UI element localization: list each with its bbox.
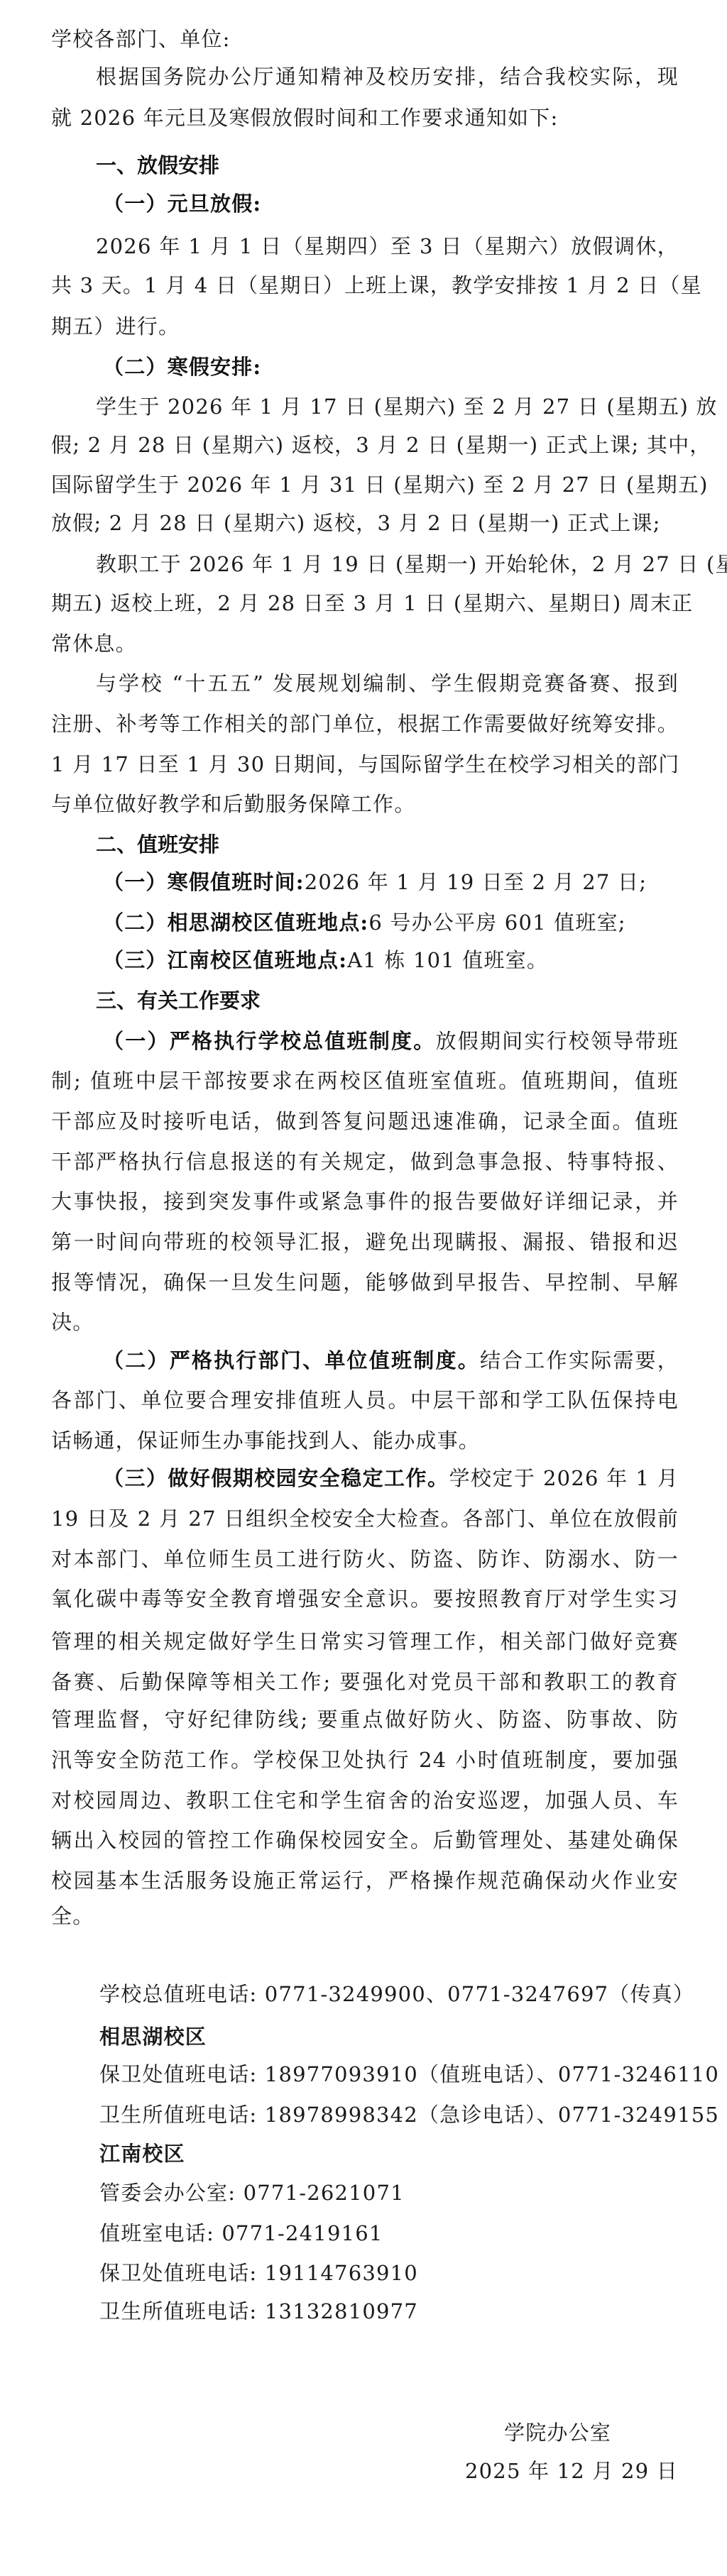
contact-line: 卫生所值班电话: 13132810977 (99, 2297, 418, 2325)
paragraph-line: 氧化碳中毒等安全教育增强安全意识。要按照教育厅对学生实习 (51, 1585, 679, 1613)
paragraph-line: 对本部门、单位师生员工进行防火、防盗、防诈、防溺水、防一 (51, 1545, 679, 1573)
paragraph-line: 辆出入校园的管控工作确保校园安全。后勤管理处、基建处确保 (51, 1826, 679, 1854)
paragraph-line: 决。 (51, 1308, 679, 1336)
paragraph-line: 制; 值班中层干部按要求在两校区值班室值班。值班期间，值班 (51, 1067, 679, 1095)
requirement-text: 结合工作实际需要， (480, 1348, 679, 1372)
paragraph-line: 备赛、后勤保障等相关工作; 要强化对党员干部和教职工的教育 (51, 1668, 679, 1696)
contact-line: 保卫处值班电话: 19114763910 (99, 2259, 418, 2287)
intro-line: 就 2026 年元旦及寒假放假时间和工作要求通知如下: (51, 104, 679, 132)
duty-item-label: （二）相思湖校区值班地点: (103, 910, 368, 935)
duty-item: （二）相思湖校区值班地点:6 号办公平房 601 值班室; (103, 908, 626, 937)
paragraph-line: 管理监督，守好纪律防线; 要重点做好防火、防盗、防事故、防 (51, 1705, 679, 1734)
salutation: 学校各部门、单位: (51, 25, 679, 53)
requirement-text: 学校定于 2026 年 1 月 (449, 1466, 679, 1490)
paragraph-line: 教职工于 2026 年 1 月 19 日 (星期一) 开始轮休，2 月 27 日… (96, 550, 679, 578)
paragraph-line: 话畅通，保证师生办事能找到人、能办成事。 (51, 1426, 679, 1455)
paragraph-line: 常休息。 (51, 629, 679, 658)
duty-item-value: 6 号办公平房 601 值班室; (368, 910, 625, 935)
requirement-text: 放假期间实行校领导带班 (435, 1029, 679, 1053)
paragraph-line: 期五）进行。 (51, 312, 679, 341)
paragraph-line: 汛等安全防范工作。学校保卫处执行 24 小时值班制度，要加强 (51, 1746, 679, 1774)
campus-heading: 江南校区 (99, 2140, 185, 2168)
duty-item-value: A1 栋 101 值班室。 (347, 948, 548, 972)
paragraph-line: 19 日及 2 月 27 日组织全校安全大检查。各部门、单位在放假前 (51, 1504, 679, 1533)
duty-item-value: 2026 年 1 月 19 日至 2 月 27 日; (305, 870, 647, 894)
paragraph-line: 对校园周边、教职工住宅和学生宿舍的治安巡逻，加强人员、车 (51, 1786, 679, 1815)
paragraph-line: 校园基本生活服务设施正常运行，严格操作规范确保动火作业安 (51, 1866, 679, 1895)
duty-item: （三）江南校区值班地点:A1 栋 101 值班室。 (103, 946, 548, 974)
paragraph-line: 各部门、单位要合理安排值班人员。中层干部和学工队伍保持电 (51, 1386, 679, 1414)
paragraph-line: 全。 (51, 1902, 679, 1930)
paragraph-line: 学生于 2026 年 1 月 17 日 (星期六) 至 2 月 27 日 (星期… (96, 392, 679, 421)
paragraph-line: 假; 2 月 28 日 (星期六) 返校，3 月 2 日 (星期一) 正式上课;… (51, 431, 679, 459)
paragraph-line: 放假; 2 月 28 日 (星期六) 返校，3 月 2 日 (星期一) 正式上课… (51, 509, 679, 537)
main-duty-phone: 学校总值班电话: 0771-3249900、0771-3247697（传真） (99, 1980, 694, 2008)
subsection-heading: （一）元旦放假: (103, 189, 727, 218)
requirement-first-line: （二）严格执行部门、单位值班制度。结合工作实际需要， (103, 1346, 679, 1375)
contact-line: 管委会办公室: 0771-2621071 (99, 2179, 405, 2207)
duty-item: （一）寒假值班时间:2026 年 1 月 19 日至 2 月 27 日; (103, 868, 647, 896)
paragraph-line: 与学校 “十五五” 发展规划编制、学生假期竞赛备赛、报到 (96, 669, 679, 698)
campus-heading: 相思湖校区 (99, 2022, 207, 2051)
section-heading: 三、有关工作要求 (96, 986, 723, 1015)
paragraph-line: 报等情况，确保一旦发生问题，能够做到早报告、早控制、早解 (51, 1268, 679, 1297)
contact-line: 值班室电话: 0771-2419161 (99, 2219, 383, 2247)
duty-item-label: （一）寒假值班时间: (103, 870, 305, 894)
paragraph-line: 2026 年 1 月 1 日（星期四）至 3 日（星期六）放假调休， (96, 232, 679, 260)
duty-item-label: （三）江南校区值班地点: (103, 948, 347, 972)
requirement-first-line: （三）做好假期校园安全稳定工作。学校定于 2026 年 1 月 (103, 1464, 679, 1492)
paragraph-line: 国际留学生于 2026 年 1 月 31 日 (星期六) 至 2 月 27 日 … (51, 470, 679, 499)
paragraph-line: 与单位做好教学和后勤服务保障工作。 (51, 790, 679, 818)
paragraph-line: 1 月 17 日至 1 月 30 日期间，与国际留学生在校学习相关的部门 (51, 750, 679, 778)
paragraph-line: 干部应及时接听电话，做到答复问题迅速准确，记录全面。值班 (51, 1107, 679, 1135)
paragraph-line: 管理的相关规定做好学生日常实习管理工作，相关部门做好竞赛 (51, 1627, 679, 1656)
contact-line: 卫生所值班电话: 18978998342（急诊电话）、0771-3249155 (99, 2101, 719, 2129)
intro-line: 根据国务院办公厅通知精神及校历安排，结合我校实际，现 (96, 62, 679, 91)
section-heading: 一、放假安排 (96, 151, 723, 180)
paragraph-line: 共 3 天。1 月 4 日（星期日）上班上课，教学安排按 1 月 2 日（星 (51, 271, 679, 299)
paragraph-line: 大事快报，接到突发事件或紧急事件的报告要做好详细记录，并 (51, 1187, 679, 1216)
paragraph-line: 第一时间向带班的校领导汇报，避免出现瞒报、漏报、错报和迟 (51, 1228, 679, 1256)
requirement-title: （三）做好假期校园安全稳定工作。 (103, 1466, 449, 1490)
requirement-title: （一）严格执行学校总值班制度。 (103, 1029, 435, 1053)
signature-date: 2025 年 12 月 29 日 (465, 2457, 678, 2485)
signature-office: 学院办公室 (504, 2418, 611, 2447)
subsection-heading: （二）寒假安排: (103, 353, 727, 381)
requirement-title: （二）严格执行部门、单位值班制度。 (103, 1348, 480, 1372)
paragraph-line: 期五) 返校上班，2 月 28 日至 3 月 1 日 (星期六、星期日) 周末正 (51, 589, 679, 617)
paragraph-line: 注册、补考等工作相关的部门单位，根据工作需要做好统筹安排。 (51, 710, 679, 738)
paragraph-line: 干部严格执行信息报送的有关规定，做到急事急报、特事特报、 (51, 1147, 679, 1176)
contact-line: 保卫处值班电话: 18977093910（值班电话）、0771-3246110 (99, 2060, 719, 2088)
section-heading: 二、值班安排 (96, 830, 723, 859)
requirement-first-line: （一）严格执行学校总值班制度。放假期间实行校领导带班 (103, 1027, 679, 1055)
